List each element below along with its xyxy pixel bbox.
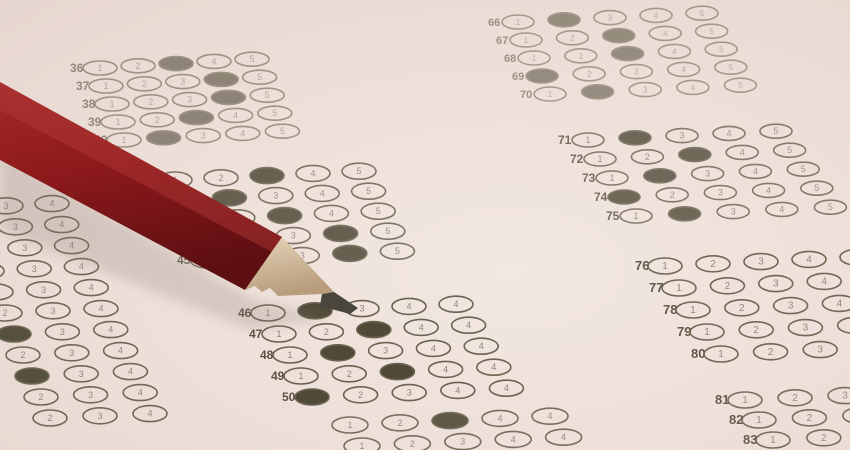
pencil	[0, 0, 850, 450]
pencil-graphite	[320, 292, 358, 314]
answer-sheet-photo: 3612453712353812353912454013454112454213…	[0, 0, 850, 450]
